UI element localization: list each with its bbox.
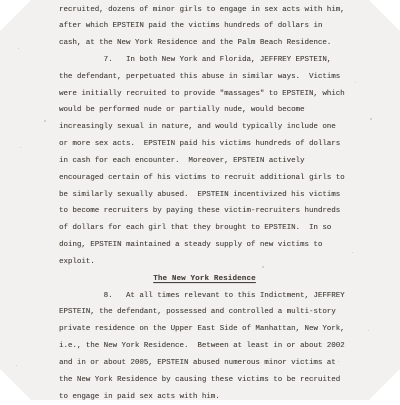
document-text: recruited, dozens of minor girls to enga…	[59, 2, 350, 401]
text-line: private residence on the Upper East Side…	[59, 321, 350, 338]
text-line: the defendant, perpetuated this abuse in…	[59, 69, 350, 86]
paragraph-8-start: 8. At all times relevant to this Indictm…	[59, 288, 350, 305]
text-line: of dollars for each girl that they broug…	[59, 220, 350, 237]
text-line: to become recruiters by paying these vic…	[59, 203, 350, 220]
text-line: were initially recruited to provide "mas…	[59, 86, 350, 103]
text-line: be similarly sexually abused. EPSTEIN in…	[59, 187, 350, 204]
text-line: cash, at the New York Residence and the …	[59, 35, 350, 52]
scan-speck	[355, 82, 356, 83]
scan-speck	[20, 147, 21, 148]
text-line: after which EPSTEIN paid the victims hun…	[59, 18, 350, 35]
text-line: and in or about 2005, EPSTEIN abused num…	[59, 355, 350, 372]
document-page: recruited, dozens of minor girls to enga…	[0, 0, 400, 400]
scan-speck	[16, 365, 17, 366]
text-line: encouraged certain of his victims to rec…	[59, 170, 350, 187]
scan-speck	[370, 118, 372, 120]
scan-speck	[338, 361, 339, 362]
text-line: recruited, dozens of minor girls to enga…	[59, 2, 350, 19]
scan-speck	[44, 120, 46, 122]
text-line: exploit.	[59, 254, 350, 271]
text-line: in cash for each encounter. Moreover, EP…	[59, 153, 350, 170]
text-line: the New York Residence by causing these …	[59, 372, 350, 389]
text-line: EPSTEIN, the defendant, possessed and co…	[59, 304, 350, 321]
text-line: or more sex acts. EPSTEIN paid his victi…	[59, 136, 350, 153]
scan-speck	[106, 8, 107, 9]
section-heading: The New York Residence	[59, 271, 350, 288]
scan-speck	[18, 48, 19, 49]
scan-speck	[262, 266, 264, 268]
text-line: would be performed nude or partially nud…	[59, 102, 350, 119]
scan-speck	[368, 330, 369, 331]
text-line: to engage in paid sex acts with him.	[59, 389, 350, 400]
text-line: i.e., the New York Residence. Between at…	[59, 338, 350, 355]
scan-speck	[352, 252, 353, 253]
text-line: doing, EPSTEIN maintained a steady suppl…	[59, 237, 350, 254]
text-line: increasingly sexual in nature, and would…	[59, 119, 350, 136]
paragraph-7-start: 7. In both New York and Florida, JEFFREY…	[59, 52, 350, 69]
